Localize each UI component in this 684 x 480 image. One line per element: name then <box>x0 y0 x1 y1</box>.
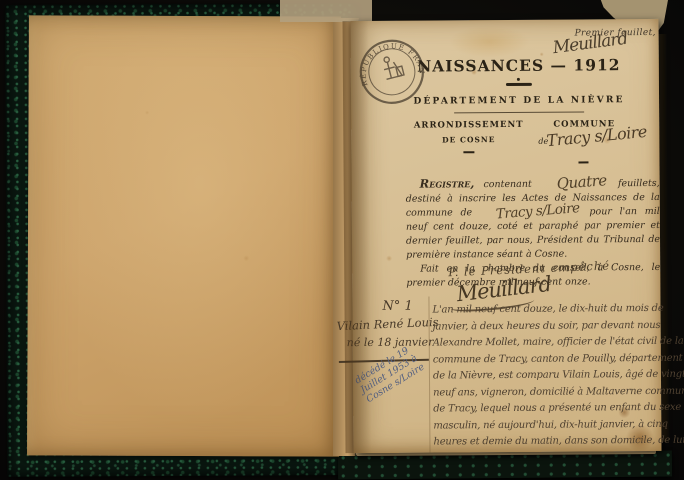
spine-torn-fragment <box>280 0 372 22</box>
register-title: NAISSANCES — 1912 <box>385 55 653 76</box>
arrondissement-block: ARRONDISSEMENT DE COSNE <box>401 120 536 153</box>
arrondissement-value: DE COSNE <box>401 135 536 145</box>
left-blank-page <box>27 15 341 456</box>
commune-dash <box>578 161 588 163</box>
feuillets-count-handwritten: Quatre <box>543 180 607 185</box>
act-line: L'an mil neuf cent douze, le dix-huit du… <box>432 301 664 319</box>
title-ornament-bar <box>506 83 532 86</box>
register-first-leaf: RÉPUBLIQUE FRANÇAISE Premier feuillet, M… <box>350 19 661 453</box>
margin-child-name: Vilain René Louis <box>336 315 446 334</box>
registre-opening: Registre, contenant Quatre feuillets, de… <box>406 175 661 263</box>
department-rule <box>454 111 584 113</box>
top-signature: Meuillard <box>552 29 629 58</box>
margin-act-number: N° 1 <box>382 299 412 314</box>
act-line: Alexandre Mollet, maire, officier de l'é… <box>433 334 665 352</box>
title-ornament-dot <box>517 78 520 81</box>
department-heading: DÉPARTEMENT DE LA NIÈVRE <box>371 95 667 107</box>
registre-label: Registre, <box>420 176 475 190</box>
arrondissement-dash <box>463 151 474 153</box>
act-line: de Tracy, lequel nous a présenté un enfa… <box>433 400 665 418</box>
register-photo: RÉPUBLIQUE FRANÇAISE Premier feuillet, M… <box>0 0 684 480</box>
act-line: masculin, né aujourd'hui, dix-huit janvi… <box>433 416 665 434</box>
act-line: commune de Tracy, canton de Pouilly, dép… <box>433 350 665 368</box>
act-line: heures et demie du matin, dans son domic… <box>433 433 665 451</box>
birth-act-text: L'an mil neuf cent douze, le dix-huit du… <box>432 301 665 451</box>
registre-commune-handwritten: Tracy s/Loire <box>482 208 580 216</box>
act-line: neuf ans, vigneron, domicilié à Maltaver… <box>433 383 665 401</box>
act-line: janvier, à deux heures du soir, par deva… <box>433 317 665 335</box>
registre-contenant-text: contenant <box>474 179 541 190</box>
act-line: de la Nièvre, est comparu Vilain Louis, … <box>433 367 665 385</box>
arrondissement-label: ARRONDISSEMENT <box>401 120 536 131</box>
commune-block: COMMUNE de Tracy s/Loire <box>536 119 632 130</box>
